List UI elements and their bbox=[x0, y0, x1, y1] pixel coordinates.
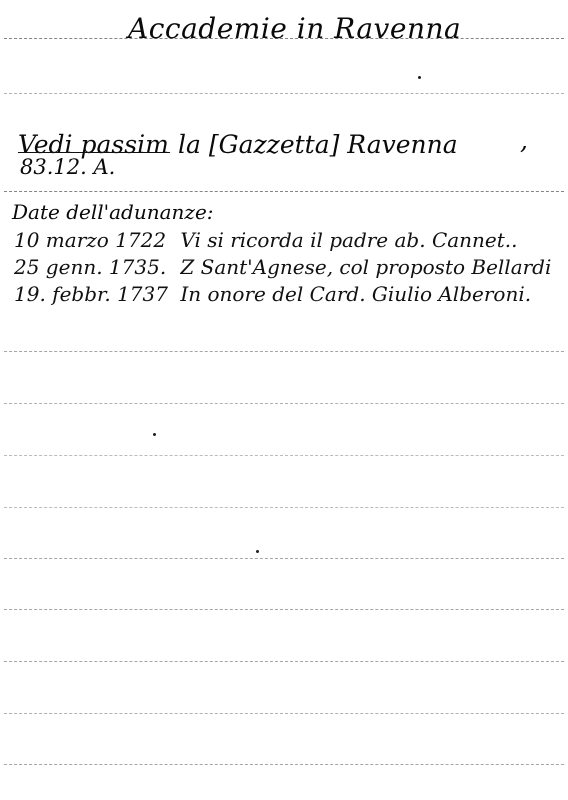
ruled-line bbox=[4, 558, 564, 559]
ruled-line bbox=[4, 661, 564, 662]
reference-source: la [Gazzetta] Ravenna bbox=[178, 130, 458, 159]
reference-separator: , bbox=[520, 126, 528, 155]
reference-underline bbox=[18, 152, 170, 153]
ruled-line bbox=[4, 455, 564, 456]
entry-row: 10 marzo 1722 Vi si ricorda il padre ab.… bbox=[14, 228, 518, 252]
ruled-line bbox=[4, 764, 564, 765]
entry-row: 19. febbr. 1737 In onore del Card. Giuli… bbox=[14, 282, 531, 306]
entry-date: 25 genn. 1735. bbox=[14, 255, 174, 279]
ruled-line bbox=[4, 609, 564, 610]
card-title: Accademie in Ravenna bbox=[128, 12, 461, 45]
ruled-line bbox=[4, 713, 564, 714]
shelfmark: 83.12. A. bbox=[20, 155, 115, 179]
ruled-line bbox=[4, 93, 564, 94]
ruled-line bbox=[4, 507, 564, 508]
ruled-line bbox=[4, 403, 564, 404]
ink-speck bbox=[153, 433, 156, 436]
entry-text: Z Sant'Agnese, col proposto Bellardi bbox=[180, 255, 551, 279]
ruled-line bbox=[4, 351, 564, 352]
entry-date: 19. febbr. 1737 bbox=[14, 282, 174, 306]
ruled-line bbox=[4, 191, 564, 192]
entry-text: In onore del Card. Giulio Alberoni. bbox=[180, 282, 531, 306]
ink-speck bbox=[418, 76, 421, 79]
ink-speck bbox=[256, 550, 259, 553]
entry-text: Vi si ricorda il padre ab. Cannet.. bbox=[180, 228, 517, 252]
section-heading: Date dell'adunanze: bbox=[12, 200, 214, 224]
entry-date: 10 marzo 1722 bbox=[14, 228, 174, 252]
entry-row: 25 genn. 1735. Z Sant'Agnese, col propos… bbox=[14, 255, 551, 279]
